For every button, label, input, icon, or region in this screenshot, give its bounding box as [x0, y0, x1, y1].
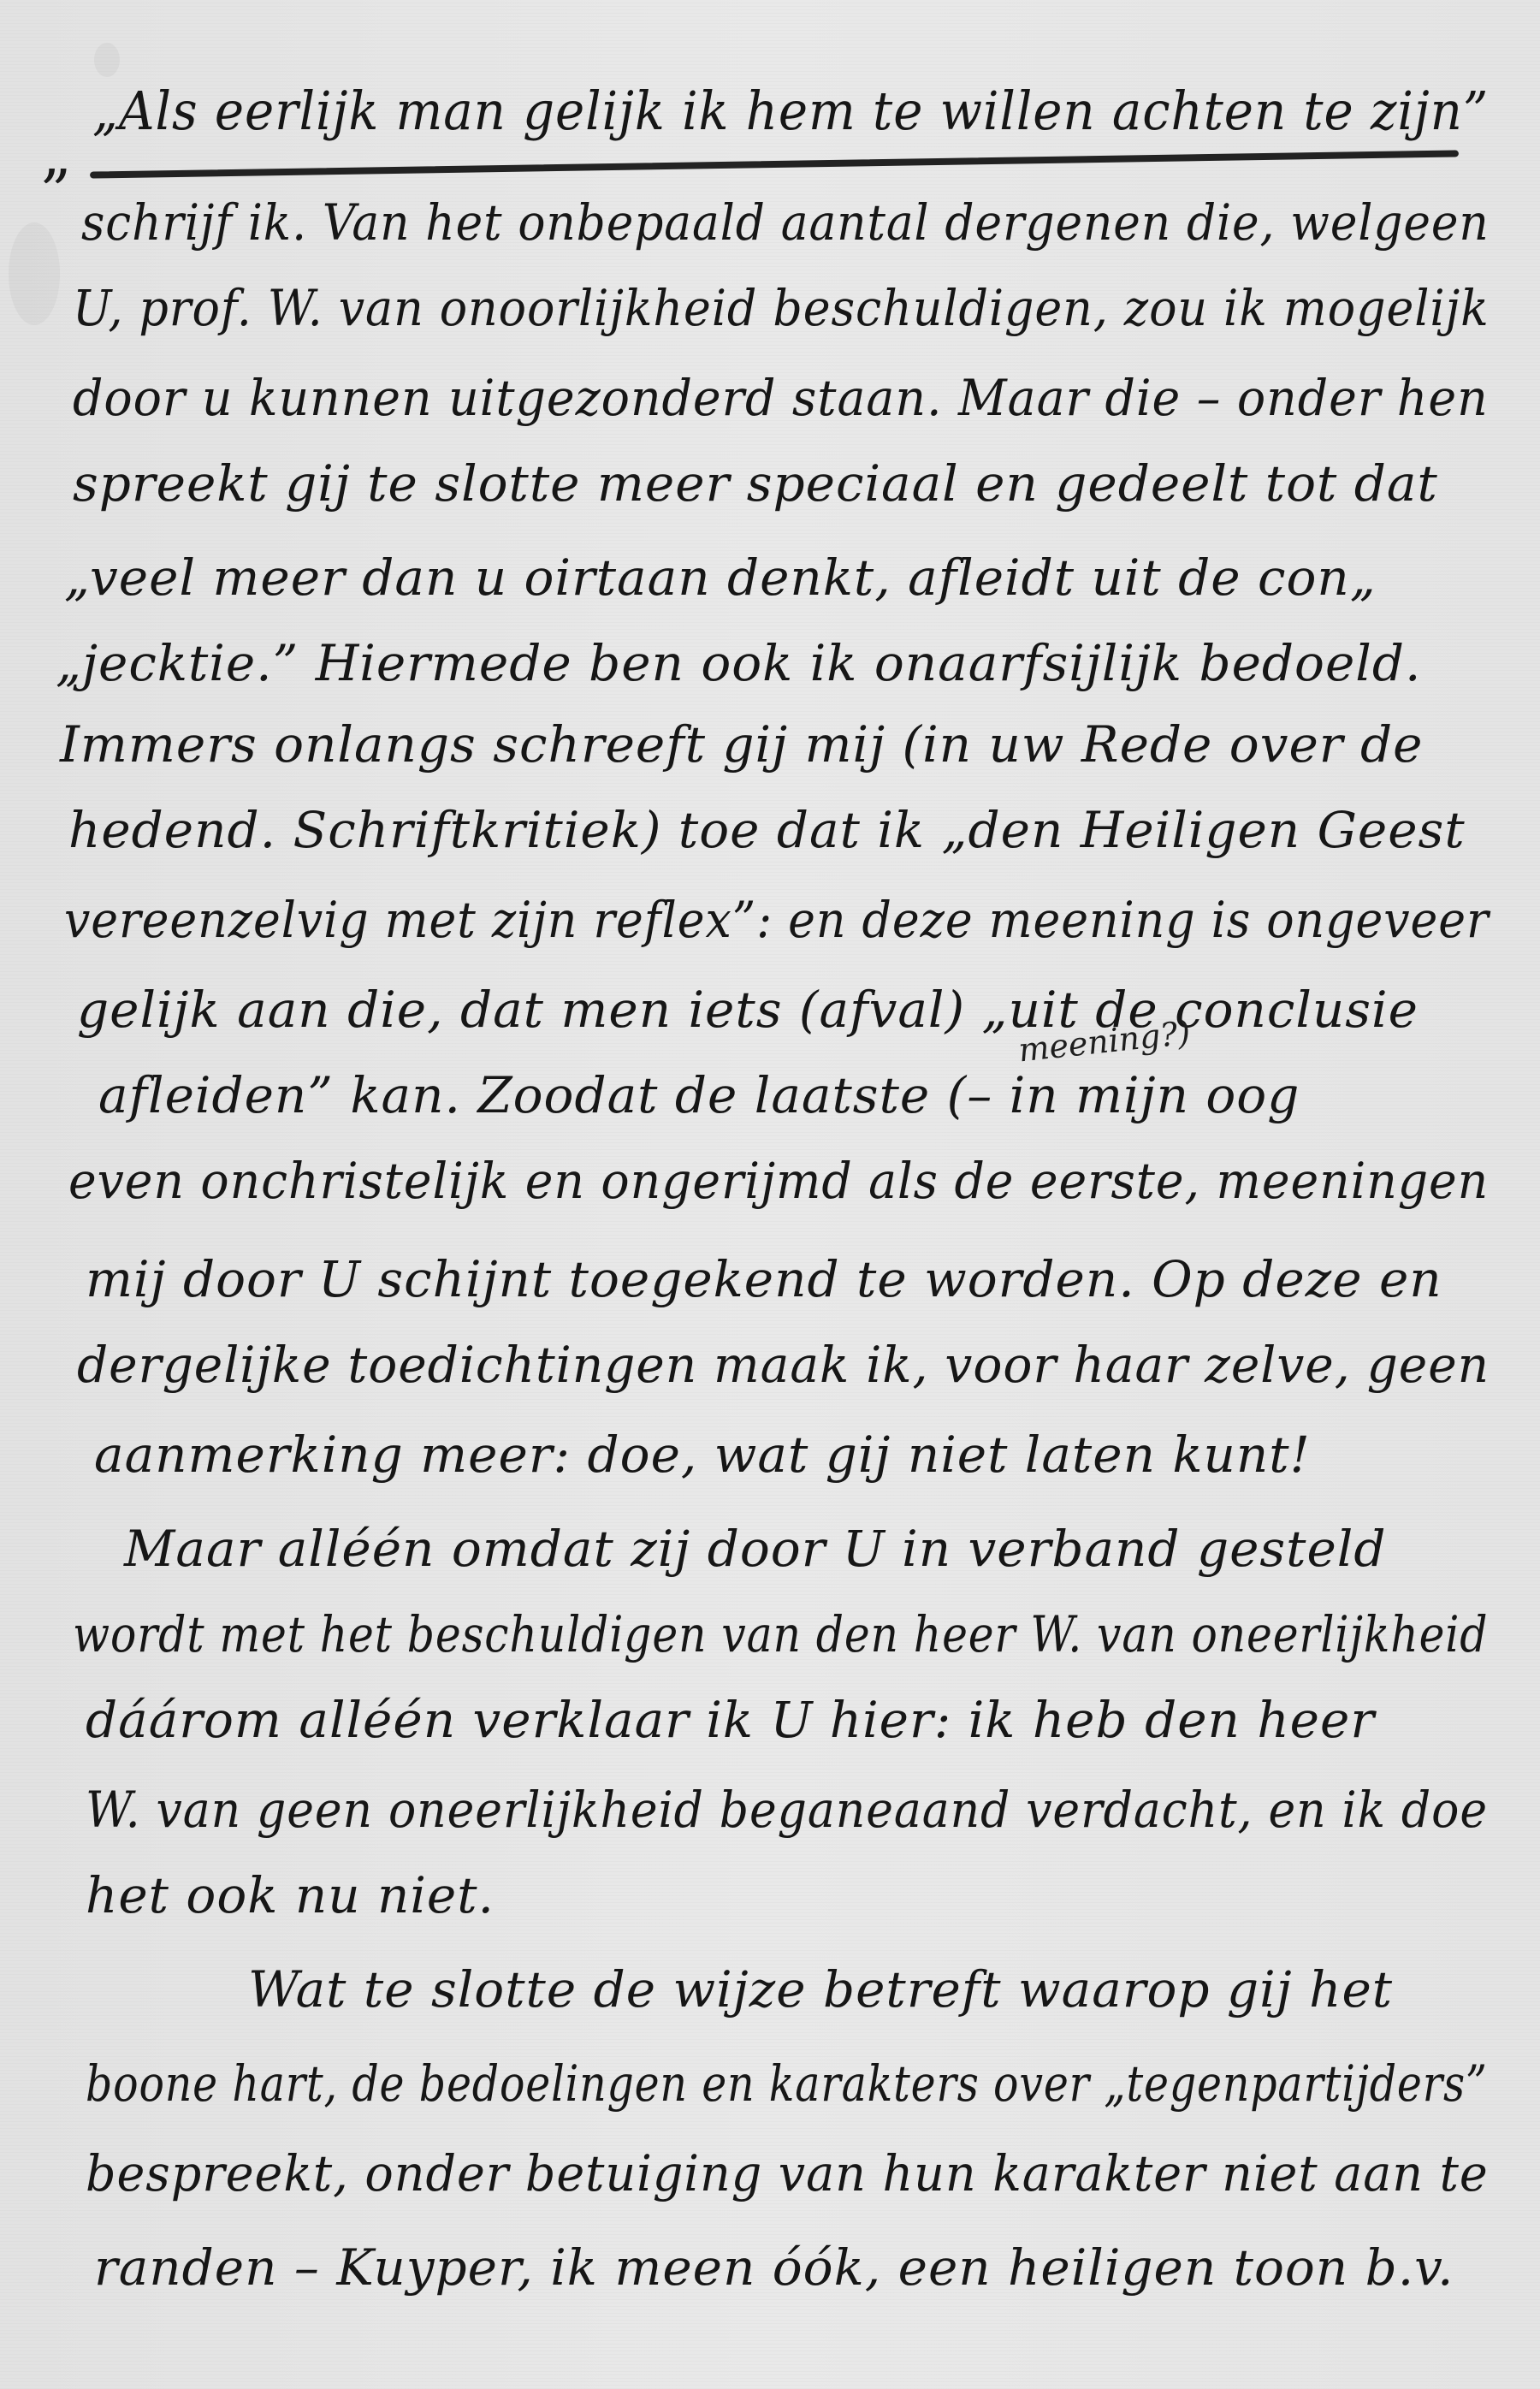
- manuscript-line: schrijf ik. Van het onbepaald aantal der…: [81, 193, 1490, 252]
- line-text: U, prof. W. van onoorlijkheid beschuldig…: [73, 279, 1490, 337]
- line-text: spreekt gij te slotte meer speciaal en g…: [73, 454, 1438, 513]
- manuscript-line: wordt met het beschuldigen van den heer …: [73, 1604, 1488, 1664]
- paper-stain: [9, 222, 60, 325]
- manuscript-page: „ „Als eerlijk man gelijk ik hem te will…: [0, 0, 1540, 2389]
- manuscript-line: gelijk aan die, dat men iets (afval) „ui…: [77, 980, 1419, 1040]
- manuscript-line: Immers onlangs schreeft gij mij (in uw R…: [60, 714, 1423, 774]
- manuscript-line: Wat te slotte de wijze betreft waarop gi…: [248, 1959, 1393, 2019]
- line-text: boone hart, de bedoelingen en karakters …: [86, 2054, 1488, 2113]
- manuscript-line: aanmerking meer: doe, wat gij niet laten…: [94, 1425, 1311, 1485]
- line-text: door u kunnen uitgezonderd staan. Maar d…: [73, 369, 1489, 427]
- manuscript-line: W. van geen oneerlijkheid beganeaand ver…: [86, 1780, 1488, 1840]
- line-text: vereenzelvig met zijn reflex”: en deze m…: [64, 891, 1490, 949]
- manuscript-line: spreekt gij te slotte meer speciaal en g…: [73, 453, 1438, 513]
- paper-stain: [94, 43, 120, 77]
- line-text: „jecktie.” Hiermede ben ook ik onaarfsij…: [56, 634, 1421, 692]
- line-text: schrijf ik. Van het onbepaald aantal der…: [81, 193, 1490, 252]
- opening-quote-mark: „: [41, 120, 72, 190]
- line-text: mij door U schijnt toegekend te worden. …: [86, 1250, 1442, 1308]
- title-underline: [90, 150, 1459, 178]
- manuscript-line: door u kunnen uitgezonderd staan. Maar d…: [73, 368, 1489, 428]
- line-text: gelijk aan die, dat men iets (afval) „ui…: [77, 981, 1419, 1039]
- manuscript-line: U, prof. W. van onoorlijkheid beschuldig…: [73, 278, 1490, 338]
- manuscript-line: even onchristelijk en ongerijmd als de e…: [68, 1151, 1489, 1211]
- manuscript-line: dáárom alléén verklaar ik U hier: ik heb…: [86, 1690, 1375, 1750]
- line-text: W. van geen oneerlijkheid beganeaand ver…: [86, 1781, 1488, 1839]
- manuscript-line: Maar alléén omdat zij door U in verband …: [124, 1519, 1386, 1579]
- manuscript-line-title: „Als eerlijk man gelijk ik hem te willen…: [92, 81, 1489, 141]
- manuscript-line: bespreekt, onder betuiging van hun karak…: [86, 2143, 1489, 2203]
- line-text: hedend. Schriftkritiek) toe dat ik „den …: [68, 801, 1466, 859]
- line-text: „veel meer dan u oirtaan denkt, afleidt …: [64, 548, 1377, 607]
- manuscript-line: „jecktie.” Hiermede ben ook ik onaarfsij…: [56, 633, 1421, 693]
- manuscript-line: het ook nu niet.: [86, 1865, 495, 1925]
- line-text: wordt met het beschuldigen van den heer …: [73, 1605, 1488, 1663]
- line-text: bespreekt, onder betuiging van hun karak…: [86, 2144, 1489, 2202]
- title-quote-text: „Als eerlijk man gelijk ik hem te willen…: [92, 80, 1489, 142]
- manuscript-line: „veel meer dan u oirtaan denkt, afleidt …: [64, 548, 1377, 608]
- manuscript-line: afleiden” kan. Zoodat de laatste (– in m…: [98, 1065, 1300, 1125]
- line-text: dergelijke toedichtingen maak ik, voor h…: [77, 1336, 1490, 1394]
- manuscript-line: dergelijke toedichtingen maak ik, voor h…: [77, 1335, 1490, 1395]
- manuscript-line: boone hart, de bedoelingen en karakters …: [86, 2054, 1488, 2113]
- manuscript-line: vereenzelvig met zijn reflex”: en deze m…: [64, 890, 1490, 950]
- manuscript-line: randen – Kuyper, ik meen óók, een heilig…: [94, 2238, 1454, 2297]
- line-text: Wat te slotte de wijze betreft waarop gi…: [248, 1960, 1393, 2018]
- line-text: dáárom alléén verklaar ik U hier: ik heb…: [86, 1691, 1375, 1749]
- line-text: Maar alléén omdat zij door U in verband …: [124, 1520, 1386, 1578]
- line-text: het ook nu niet.: [86, 1866, 495, 1924]
- manuscript-line: mij door U schijnt toegekend te worden. …: [86, 1249, 1442, 1309]
- line-text: randen – Kuyper, ik meen óók, een heilig…: [94, 2238, 1454, 2297]
- line-text: even onchristelijk en ongerijmd als de e…: [68, 1152, 1489, 1210]
- line-text: Immers onlangs schreeft gij mij (in uw R…: [60, 715, 1423, 774]
- line-text: afleiden” kan. Zoodat de laatste (– in m…: [98, 1066, 1300, 1124]
- line-text: aanmerking meer: doe, wat gij niet laten…: [94, 1426, 1311, 1484]
- manuscript-line: hedend. Schriftkritiek) toe dat ik „den …: [68, 800, 1466, 860]
